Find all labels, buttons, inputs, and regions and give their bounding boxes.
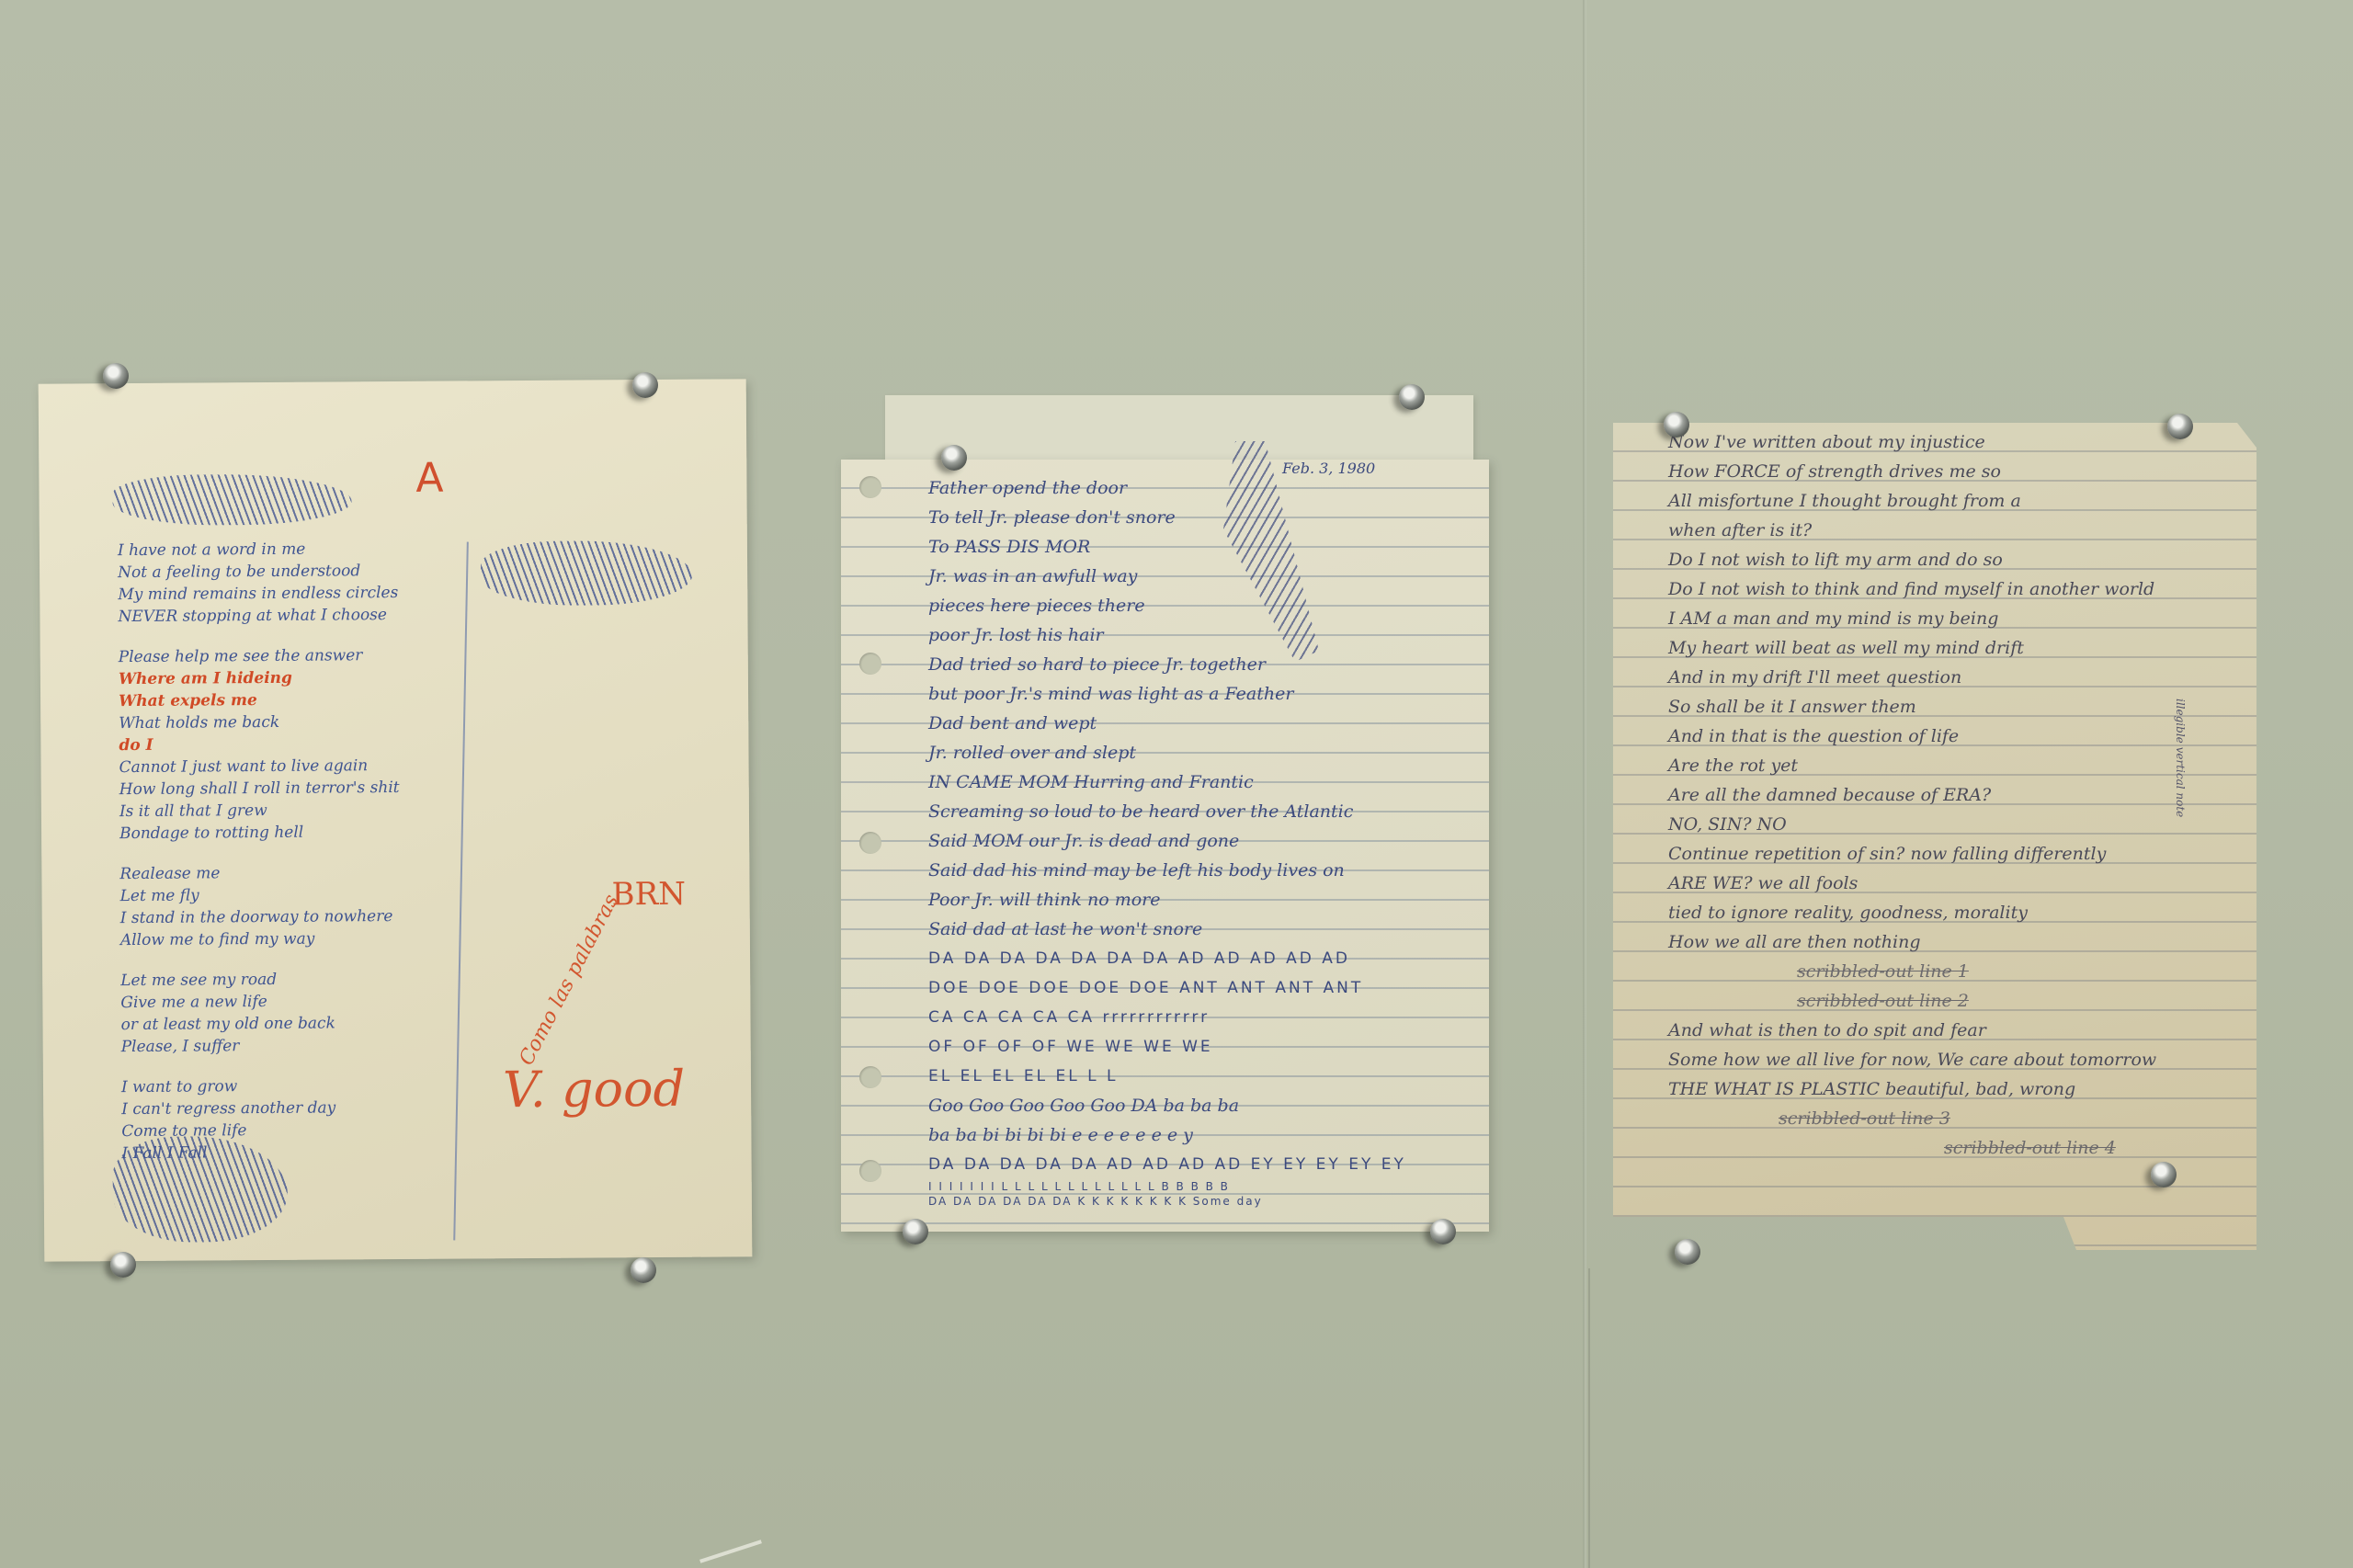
lyric-line: My heart will beat as well my mind drift [1668, 633, 2156, 663]
lyric-line: How FORCE of strength drives me so [1668, 457, 2156, 486]
lyric-line: Said dad at last he won't snore [928, 915, 1406, 944]
lyric-line: Let me fly [119, 883, 400, 907]
lyric-line: Please help me see the answer [119, 644, 399, 668]
lyric-line: Bondage to rotting hell [119, 821, 400, 845]
lyric-line: To PASS DIS MOR [928, 532, 1406, 562]
lyric-line: but poor Jr.'s mind was light as a Feath… [928, 679, 1406, 709]
lyric-line: Do I not wish to lift my arm and do so [1668, 545, 2156, 574]
lyrics-block: Father opend the door To tell Jr. please… [928, 473, 1406, 1209]
lyric-line: Please, I suffer [121, 1034, 402, 1058]
red-signature: V. good [503, 1060, 685, 1119]
punch-hole [859, 1066, 881, 1088]
babble-line: ba ba bi bi bi bi e e e e e e e y [928, 1120, 1406, 1150]
lyric-line: And in that is the question of life [1668, 722, 2156, 751]
stanza-gap [120, 949, 401, 970]
grade-mark: A [415, 455, 443, 502]
lyrics-block: Now I've written about my injustice How … [1668, 427, 2156, 1163]
punch-hole [859, 476, 881, 498]
punch-hole [859, 832, 881, 854]
lyric-line: Are all the damned because of ERA? [1668, 780, 2156, 810]
lyric-line: Are the rot yet [1668, 751, 2156, 780]
wall-crack [1588, 1268, 1590, 1568]
pushpin-icon [1664, 412, 1689, 437]
lyric-line: Screaming so loud to be heard over the A… [928, 797, 1406, 826]
lyric-line: NEVER stopping at what I choose [118, 604, 398, 628]
lyric-line: Dad bent and wept [928, 709, 1406, 738]
lyric-line: I want to grow [121, 1074, 402, 1098]
lyric-line-red-edit: Where am I hideing [119, 666, 399, 690]
lyric-line: Cannot I just want to live again [119, 755, 400, 778]
lyric-line: Said MOM our Jr. is dead and gone [928, 826, 1406, 856]
red-margin-note: BRN [611, 876, 686, 914]
lyric-line: All misfortune I thought brought from a [1668, 486, 2156, 516]
babble-line: DA DA DA DA DA DA K K K K K K K K Some d… [928, 1194, 1406, 1209]
margin-vertical-note: illegible vertical note [2174, 699, 2187, 817]
punch-hole [859, 1160, 881, 1182]
pushpin-icon [110, 1252, 136, 1278]
lyric-line: Let me see my road [120, 968, 401, 992]
lyric-line: Realease me [119, 861, 400, 885]
punch-hole [859, 653, 881, 675]
lyric-line: Do I not wish to think and find myself i… [1668, 574, 2156, 604]
stanza-gap [121, 1056, 402, 1076]
lyric-line: Said dad his mind may be left his body l… [928, 856, 1406, 885]
lyric-line: And what is then to do spit and fear [1668, 1016, 2156, 1045]
stanza-gap [119, 843, 400, 863]
pushpin-icon [903, 1219, 928, 1244]
lyric-line: Is it all that I grew [119, 799, 400, 823]
lyric-line: THE WHAT IS PLASTIC beautiful, bad, wron… [1668, 1074, 2156, 1104]
lyric-line: Give me a new life [120, 990, 401, 1014]
floor-mark [699, 1540, 762, 1562]
struck-line: scribbled-out line 3 [1668, 1104, 2156, 1133]
lyric-line: My mind remains in endless circles [118, 582, 398, 606]
pushpin-icon [2151, 1162, 2177, 1187]
babble-line: DA DA DA DA DA AD AD AD AD EY EY EY EY E… [928, 1150, 1406, 1179]
pushpin-icon [631, 1257, 656, 1283]
lyric-line: Jr. was in an awfull way [928, 562, 1406, 591]
lyric-line: Not a feeling to be understood [118, 560, 398, 584]
babble-line: DOE DOE DOE DOE DOE ANT ANT ANT ANT [928, 973, 1406, 1003]
torn-paper-strip [885, 395, 1473, 460]
manuscript-sheet-left: A I have not a word in me Not a feeling … [39, 379, 753, 1261]
babble-line: CA CA CA CA CA rrrrrrrrrrrr [928, 1003, 1406, 1032]
lyric-line: So shall be it I answer them [1668, 692, 2156, 722]
lyric-line: How we all are then nothing [1668, 927, 2156, 957]
lyric-line: What holds me back [119, 710, 399, 734]
lyric-line: Continue repetition of sin? now falling … [1668, 839, 2156, 869]
lyric-line: Allow me to find my way [120, 927, 401, 951]
lyric-line: I have not a word in me [118, 538, 398, 562]
manuscript-sheet-middle: Feb. 3, 1980 Father opend the door To te… [841, 460, 1489, 1232]
lyric-line: IN CAME MOM Hurring and Frantic [928, 767, 1406, 797]
lyric-line: tied to ignore reality, goodness, morali… [1668, 898, 2156, 927]
scribbled-out-heading [112, 473, 351, 526]
struck-line: scribbled-out line 4 [1668, 1133, 2156, 1163]
lyric-line: poor Jr. lost his hair [928, 620, 1406, 650]
lyric-line: Father opend the door [928, 473, 1406, 503]
pushpin-icon [1399, 384, 1425, 410]
lyric-line: Jr. rolled over and slept [928, 738, 1406, 767]
pushpin-icon [103, 363, 129, 389]
lyric-line: Dad tried so hard to piece Jr. together [928, 650, 1406, 679]
lyric-line: To tell Jr. please don't snore [928, 503, 1406, 532]
lyric-line: I can't regress another day [121, 1096, 402, 1120]
pushpin-icon [2167, 414, 2193, 439]
lyric-line: when after is it? [1668, 516, 2156, 545]
manuscript-sheet-right: Now I've written about my injustice How … [1613, 423, 2256, 1250]
scribbled-out-margin-note [481, 540, 692, 607]
lyric-line: ARE WE? we all fools [1668, 869, 2156, 898]
lyric-line-red-edit: What expels me [119, 688, 399, 712]
babble-line: EL EL EL EL EL L L [928, 1062, 1406, 1091]
lyric-line: pieces here pieces there [928, 591, 1406, 620]
lyric-line: Now I've written about my injustice [1668, 427, 2156, 457]
lyric-line: or at least my old one back [120, 1012, 401, 1036]
pushpin-icon [941, 445, 967, 471]
lyric-line: I stand in the doorway to nowhere [120, 905, 401, 929]
lyric-line: Poor Jr. will think no more [928, 885, 1406, 915]
struck-line: scribbled-out line 2 [1668, 986, 2156, 1016]
lyric-line-red-edit: do I [119, 733, 399, 756]
lyric-line: And in my drift I'll meet question [1668, 663, 2156, 692]
wall-seam [1583, 0, 1586, 1568]
pushpin-icon [1675, 1239, 1700, 1265]
babble-line: OF OF OF OF WE WE WE WE [928, 1032, 1406, 1062]
babble-line: DA DA DA DA DA DA DA AD AD AD AD AD [928, 944, 1406, 973]
pushpin-icon [632, 372, 658, 398]
lyric-line: NO, SIN? NO [1668, 810, 2156, 839]
lyric-line: I AM a man and my mind is my being [1668, 604, 2156, 633]
lyric-line: Some how we all live for now, We care ab… [1668, 1045, 2156, 1074]
lyrics-block: I have not a word in me Not a feeling to… [118, 538, 403, 1165]
struck-line: scribbled-out line 1 [1668, 957, 2156, 986]
stanza-gap [119, 626, 399, 646]
babble-line: Goo Goo Goo Goo Goo DA ba ba ba [928, 1091, 1406, 1120]
red-margin-note: Como las palabras [515, 891, 623, 1069]
margin-line [453, 542, 469, 1241]
lyric-line: How long shall I roll in terror's shit [119, 777, 400, 801]
pushpin-icon [1430, 1219, 1456, 1244]
babble-line: I I I I I I I L L L L L L L L L L L L B … [928, 1179, 1406, 1194]
